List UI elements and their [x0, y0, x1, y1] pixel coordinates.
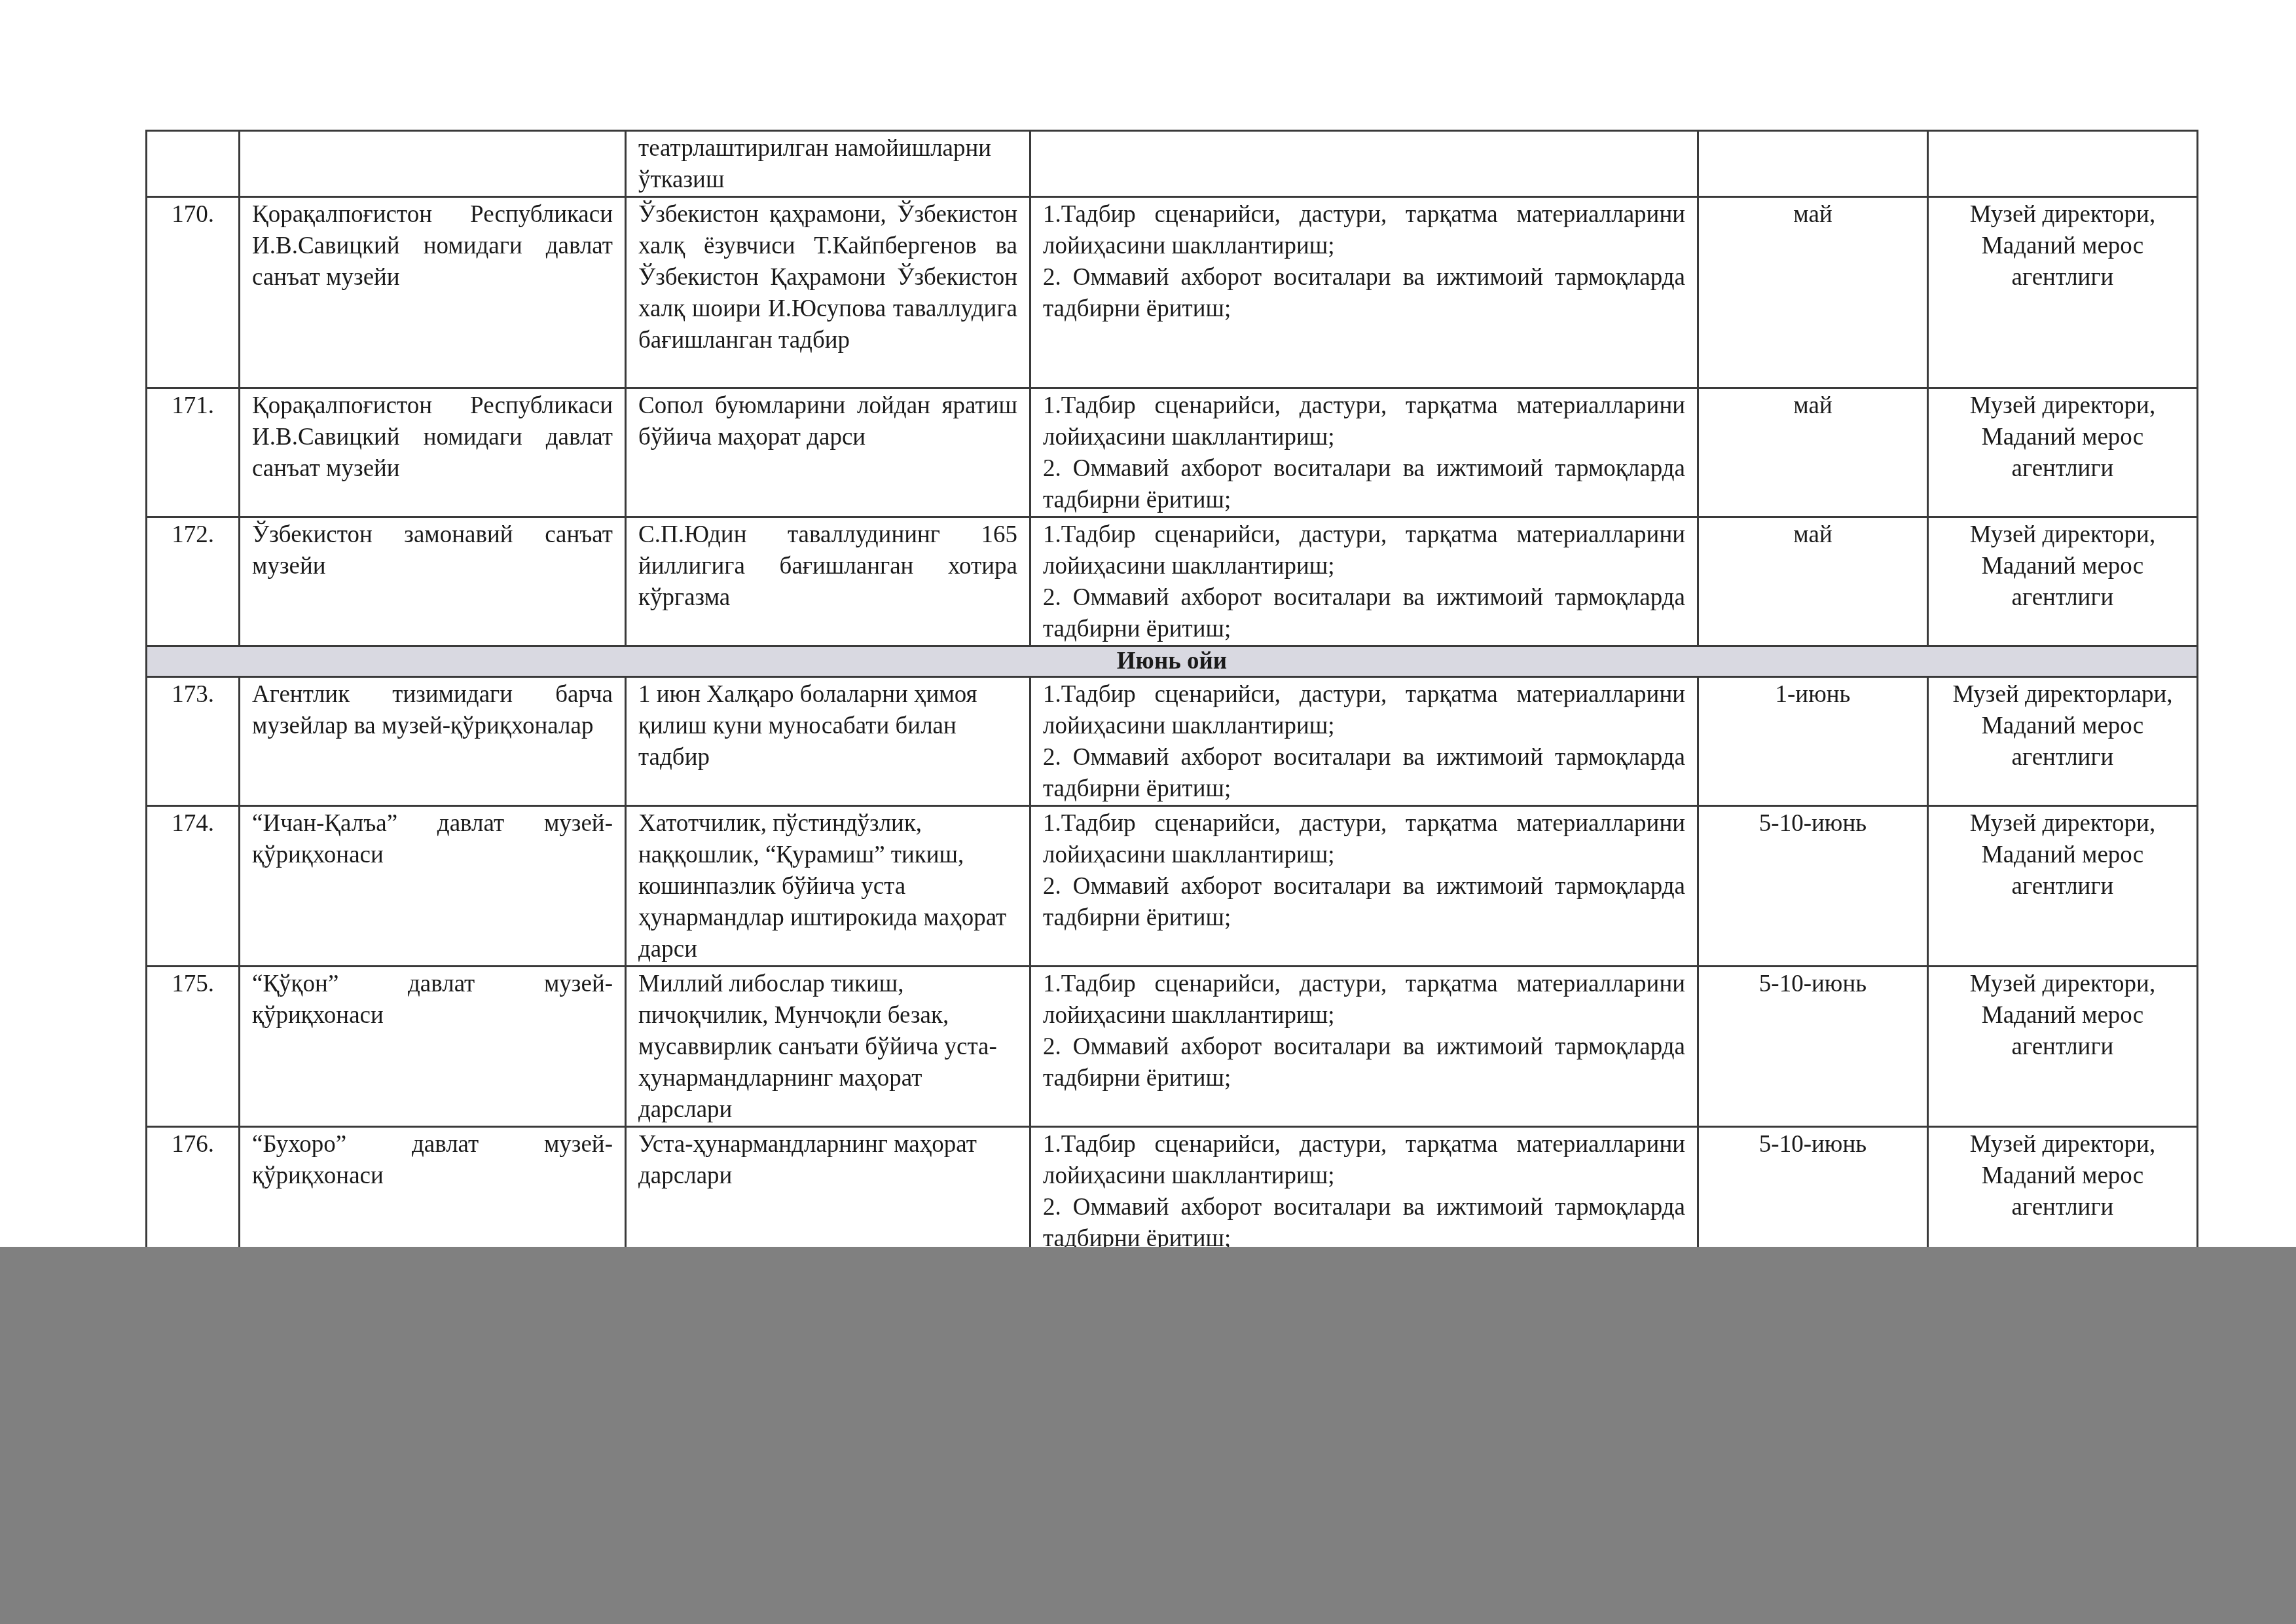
event-cell: Хатотчилик, пўстиндўзлик, наққошлик, “Қу… — [626, 806, 1030, 967]
row-number: 175. — [147, 967, 240, 1127]
row-number: 176. — [147, 1127, 240, 1256]
document-page: театрлаштирилган намойишларни ўтказиш 17… — [0, 0, 2296, 1624]
table-row: 173. Агентлик тизимидаги барча музейлар … — [147, 677, 2198, 806]
table-row: 170. Қорақалпоғистон Республикаси И.В.Са… — [147, 197, 2198, 388]
gray-overlay — [0, 1247, 2296, 1624]
table-row: 171. Қорақалпоғистон Республикаси И.В.Са… — [147, 388, 2198, 517]
event-cell: Сопол буюмларини лойдан яратиш бўйича ма… — [626, 388, 1030, 517]
table-row: 175. “Қўқон” давлат музей-қўриқхонаси Ми… — [147, 967, 2198, 1127]
date-cell: 5-10-июнь — [1698, 1127, 1928, 1256]
task-item: 1.Тадбир сценарийси, дастури, тарқатма м… — [1043, 808, 1685, 871]
row-number — [147, 131, 240, 197]
tasks-cell — [1030, 131, 1698, 197]
organization-cell: “Қўқон” давлат музей-қўриқхонаси — [240, 967, 626, 1127]
responsible-cell: Музей директори, Маданий мерос агентлиги — [1928, 806, 2198, 967]
organization-cell: Қорақалпоғистон Республикаси И.В.Савицки… — [240, 197, 626, 388]
date-cell: 5-10-июнь — [1698, 806, 1928, 967]
task-item: 1.Тадбир сценарийси, дастури, тарқатма м… — [1043, 679, 1685, 742]
tasks-cell: 1.Тадбир сценарийси, дастури, тарқатма м… — [1030, 197, 1698, 388]
task-item: 2. Оммавий ахборот воситалари ва ижтимои… — [1043, 871, 1685, 934]
date-cell: май — [1698, 197, 1928, 388]
row-number: 171. — [147, 388, 240, 517]
date-cell — [1698, 131, 1928, 197]
organization-cell: “Ичан-Қалъа” давлат музей-қўриқхонаси — [240, 806, 626, 967]
date-cell: 5-10-июнь — [1698, 967, 1928, 1127]
tasks-cell: 1.Тадбир сценарийси, дастури, тарқатма м… — [1030, 806, 1698, 967]
organization-cell: Ўзбекистон замонавий санъат музейи — [240, 517, 626, 646]
task-item: 2. Оммавий ахборот воситалари ва ижтимои… — [1043, 1031, 1685, 1094]
task-item: 1.Тадбир сценарийси, дастури, тарқатма м… — [1043, 969, 1685, 1031]
row-number: 170. — [147, 197, 240, 388]
tasks-cell: 1.Тадбир сценарийси, дастури, тарқатма м… — [1030, 677, 1698, 806]
task-item: 2. Оммавий ахборот воситалари ва ижтимои… — [1043, 742, 1685, 805]
event-cell: театрлаштирилган намойишларни ўтказиш — [626, 131, 1030, 197]
event-cell: Миллий либослар тикиш, пичоқчилик, Мунчо… — [626, 967, 1030, 1127]
month-label: Июнь ойи — [147, 646, 2198, 677]
row-number: 172. — [147, 517, 240, 646]
responsible-cell: Музей директори, Маданий мерос агентлиги — [1928, 517, 2198, 646]
events-plan-table: театрлаштирилган намойишларни ўтказиш 17… — [145, 130, 2198, 1388]
date-cell: май — [1698, 517, 1928, 646]
responsible-cell: Музей директори, Маданий мерос агентлиги — [1928, 967, 2198, 1127]
responsible-cell: Музей директорлари, Маданий мерос агентл… — [1928, 677, 2198, 806]
task-item: 1.Тадбир сценарийси, дастури, тарқатма м… — [1043, 1129, 1685, 1192]
task-item: 2. Оммавий ахборот воситалари ва ижтимои… — [1043, 453, 1685, 516]
responsible-cell: Музей директори, Маданий мерос агентлиги — [1928, 388, 2198, 517]
date-cell: 1-июнь — [1698, 677, 1928, 806]
tasks-cell: 1.Тадбир сценарийси, дастури, тарқатма м… — [1030, 967, 1698, 1127]
responsible-cell: Музей директори, Маданий мерос агентлиги — [1928, 1127, 2198, 1256]
tasks-cell: 1.Тадбир сценарийси, дастури, тарқатма м… — [1030, 1127, 1698, 1256]
row-number: 174. — [147, 806, 240, 967]
responsible-cell — [1928, 131, 2198, 197]
table-row: 176. “Бухоро” давлат музей-қўриқхонаси У… — [147, 1127, 2198, 1256]
date-cell: май — [1698, 388, 1928, 517]
task-item: 2. Оммавий ахборот воситалари ва ижтимои… — [1043, 582, 1685, 645]
month-section-header: Июнь ойи — [147, 646, 2198, 677]
table-row: 172. Ўзбекистон замонавий санъат музейи … — [147, 517, 2198, 646]
table-row: театрлаштирилган намойишларни ўтказиш — [147, 131, 2198, 197]
responsible-cell: Музей директори, Маданий мерос агентлиги — [1928, 197, 2198, 388]
task-item: 2. Оммавий ахборот воситалари ва ижтимои… — [1043, 262, 1685, 325]
organization-cell: Қорақалпоғистон Республикаси И.В.Савицки… — [240, 388, 626, 517]
task-item: 1.Тадбир сценарийси, дастури, тарқатма м… — [1043, 519, 1685, 582]
event-cell: С.П.Юдин таваллудининг 165 йиллигига бағ… — [626, 517, 1030, 646]
task-item: 1.Тадбир сценарийси, дастури, тарқатма м… — [1043, 199, 1685, 262]
row-number: 173. — [147, 677, 240, 806]
task-item: 1.Тадбир сценарийси, дастури, тарқатма м… — [1043, 390, 1685, 453]
table-row: 174. “Ичан-Қалъа” давлат музей-қўриқхона… — [147, 806, 2198, 967]
task-item: 2. Оммавий ахборот воситалари ва ижтимои… — [1043, 1192, 1685, 1255]
organization-cell — [240, 131, 626, 197]
tasks-cell: 1.Тадбир сценарийси, дастури, тарқатма м… — [1030, 388, 1698, 517]
organization-cell: “Бухоро” давлат музей-қўриқхонаси — [240, 1127, 626, 1256]
organization-cell: Агентлик тизимидаги барча музейлар ва му… — [240, 677, 626, 806]
tasks-cell: 1.Тадбир сценарийси, дастури, тарқатма м… — [1030, 517, 1698, 646]
event-cell: Ўзбекистон қаҳрамони, Ўзбекистон халқ ёз… — [626, 197, 1030, 388]
event-cell: 1 июн Халқаро болаларни ҳимоя қилиш куни… — [626, 677, 1030, 806]
event-cell: Уста-ҳунармандларнинг маҳорат дарслари — [626, 1127, 1030, 1256]
